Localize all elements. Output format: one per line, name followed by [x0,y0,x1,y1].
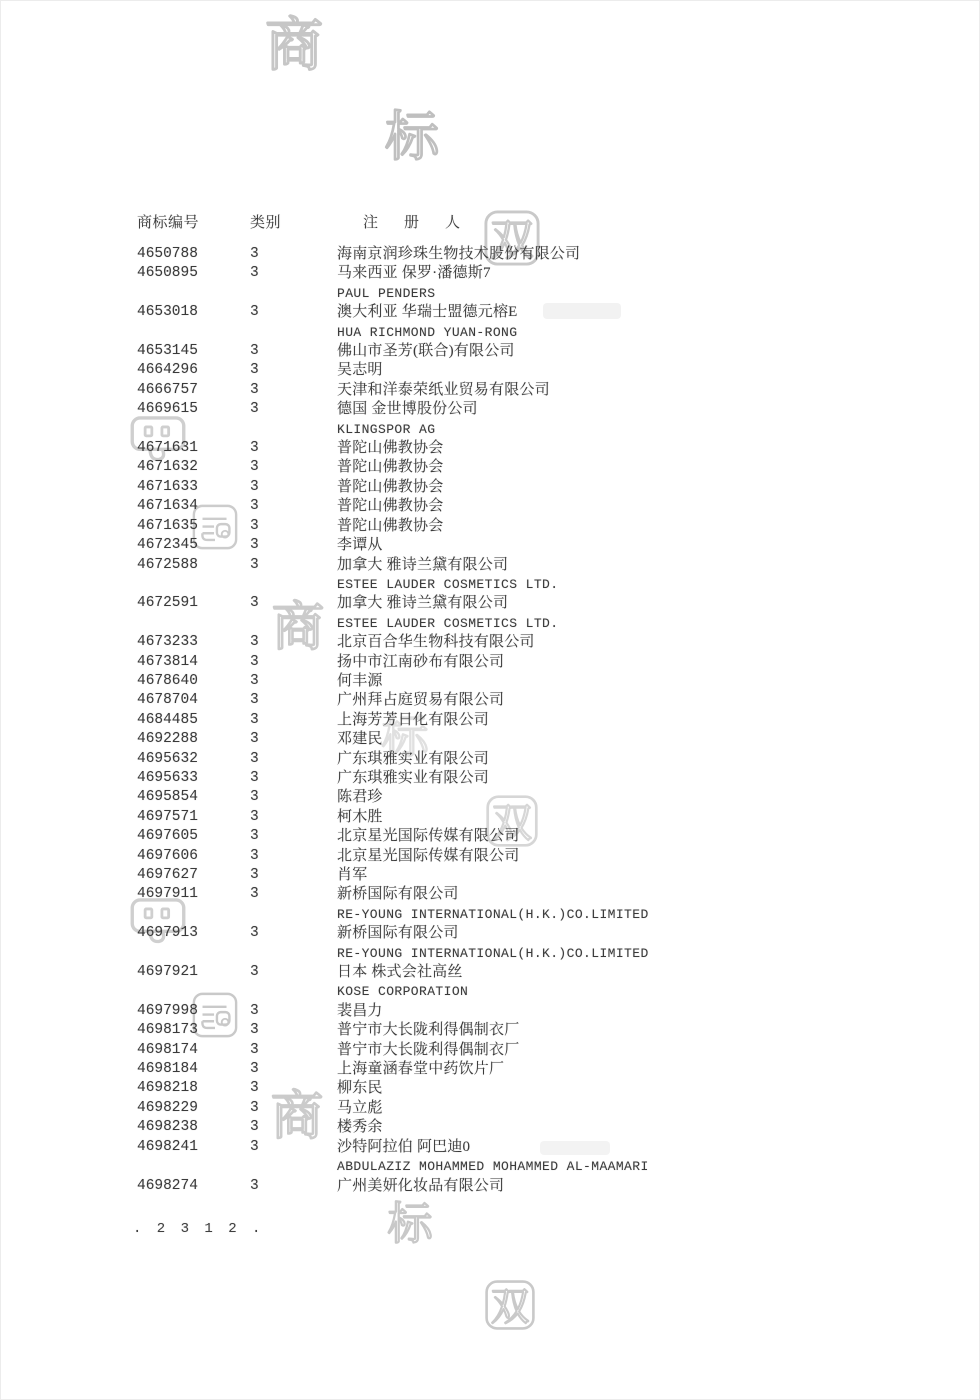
trademark-number: 4669615 [137,400,250,419]
table-row: 4671634 3 普陀山佛教协会 [137,497,960,516]
registrant-name: ABDULAZIZ MOHAMMED MOHAMMED AL-MAAMARI [337,1157,960,1176]
trademark-number: 4666757 [137,381,250,400]
table-row: 4695632 3 广东琪雅实业有限公司 [137,750,960,769]
registrant-name: 日本 株式会社高丝 [337,963,960,982]
class-number: 3 [250,730,337,749]
trademark-number: 4698218 [137,1079,250,1098]
registrant-name: 广东琪雅实业有限公司 [337,769,960,788]
registrant-name: 邓建民 [337,730,960,749]
trademark-number: 4664296 [137,361,250,380]
trademark-number: 4698173 [137,1021,250,1040]
class-number: 3 [250,478,337,497]
trademark-number: 4697911 [137,885,250,904]
registrant-name: PAUL PENDERS [337,284,960,303]
class-number: 3 [250,1079,337,1098]
table-row: 4697627 3 肖军 [137,866,960,885]
page-number: . 2 3 1 2 . [133,1220,263,1238]
registrant-name: 广东琪雅实业有限公司 [337,750,960,769]
trademark-number: 4671632 [137,458,250,477]
table-row: PAUL PENDERS [137,284,960,303]
registrant-name: 普陀山佛教协会 [337,517,960,536]
table-row: 4698184 3 上海童涵春堂中药饮片厂 [137,1060,960,1079]
trademark-number: 4671635 [137,517,250,536]
registrant-name: 李谭从 [337,536,960,555]
class-number: 3 [250,361,337,380]
class-number: 3 [250,711,337,730]
class-number: 3 [250,924,337,943]
table-row: 4697921 3 日本 株式会社高丝 [137,963,960,982]
trademark-number: 4697571 [137,808,250,827]
table-row: 4664296 3 吴志明 [137,361,960,380]
registrant-name: 天津和洋泰荣纸业贸易有限公司 [337,381,960,400]
trademark-number: 4698241 [137,1138,250,1157]
table-row: 4695854 3 陈君珍 [137,788,960,807]
registrant-name: RE-YOUNG INTERNATIONAL(H.K.)CO.LIMITED [337,905,960,924]
registrant-name: 澳大利亚 华瑞士盟德元榕E [337,303,960,322]
registrant-name: 柯木胜 [337,808,960,827]
class-number: 3 [250,303,337,322]
registrant-name: 佛山市圣芳(联合)有限公司 [337,342,960,361]
trademark-number: 4653145 [137,342,250,361]
trademark-number: 4695854 [137,788,250,807]
table-row: KLINGSPOR AG [137,420,960,439]
table-row: 4698173 3 普宁市大长陇利得偶制衣厂 [137,1021,960,1040]
registrant-name: 裴昌力 [337,1002,960,1021]
table-row: 4671633 3 普陀山佛教协会 [137,478,960,497]
table-row: 4692288 3 邓建民 [137,730,960,749]
registration-table-body: 4650788 3 海南京润珍珠生物技术股份有限公司 4650895 3 马来西… [137,245,960,1196]
table-row: 4698229 3 马立彪 [137,1099,960,1118]
table-row: 4695633 3 广东琪雅实业有限公司 [137,769,960,788]
table-row: 4698241 3 沙特阿拉伯 阿巴迪0 [137,1138,960,1157]
trademark-number: 4678704 [137,691,250,710]
table-row: 4671635 3 普陀山佛教协会 [137,517,960,536]
table-row: 4669615 3 德国 金世博股份公司 [137,400,960,419]
trademark-number: 4671631 [137,439,250,458]
trademark-number: 4697921 [137,963,250,982]
trademark-number: 4698229 [137,1099,250,1118]
trademark-number: 4698174 [137,1041,250,1060]
registrant-name: 北京星光国际传媒有限公司 [337,847,960,866]
registrant-name: HUA RICHMOND YUAN-RONG [337,323,960,342]
trademark-number: 4673814 [137,653,250,672]
header-trademark-number: 商标编号 [137,211,250,232]
registrant-name: KLINGSPOR AG [337,420,960,439]
registrant-name: 上海童涵春堂中药饮片厂 [337,1060,960,1079]
class-number: 3 [250,827,337,846]
table-row: 4698218 3 柳东民 [137,1079,960,1098]
table-row: 4698238 3 楼秀余 [137,1118,960,1137]
table-row: 4684485 3 上海芳芳日化有限公司 [137,711,960,730]
registrant-name: 广州美妍化妆品有限公司 [337,1177,960,1196]
table-row: 4678704 3 广州拜占庭贸易有限公司 [137,691,960,710]
trademark-number: 4697605 [137,827,250,846]
trademark-number: 4697606 [137,847,250,866]
table-row: 4697913 3 新桥国际有限公司 [137,924,960,943]
registrant-name: 马立彪 [337,1099,960,1118]
trademark-number: 4671633 [137,478,250,497]
trademark-number: 4673233 [137,633,250,652]
table-row: ESTEE LAUDER COSMETICS LTD. [137,614,960,633]
registrant-name: KOSE CORPORATION [337,982,960,1001]
registrant-name: 普宁市大长陇利得偶制衣厂 [337,1021,960,1040]
registrant-name: 普陀山佛教协会 [337,497,960,516]
table-row: 4698274 3 广州美妍化妆品有限公司 [137,1177,960,1196]
class-number: 3 [250,672,337,691]
class-number: 3 [250,691,337,710]
table-row: RE-YOUNG INTERNATIONAL(H.K.)CO.LIMITED [137,905,960,924]
class-number: 3 [250,963,337,982]
trademark-number: 4698274 [137,1177,250,1196]
trademark-number: 4650895 [137,264,250,283]
table-row: 4650788 3 海南京润珍珠生物技术股份有限公司 [137,245,960,264]
registrant-name: 普陀山佛教协会 [337,478,960,497]
class-number: 3 [250,439,337,458]
table-row: 4653018 3 澳大利亚 华瑞士盟德元榕E [137,303,960,322]
trademark-number: 4695633 [137,769,250,788]
registrant-name: 扬中市江南砂布有限公司 [337,653,960,672]
registrant-name: 肖军 [337,866,960,885]
class-number: 3 [250,264,337,283]
registrant-name: 上海芳芳日化有限公司 [337,711,960,730]
registrant-name: 新桥国际有限公司 [337,924,960,943]
trademark-number: 4671634 [137,497,250,516]
class-number: 3 [250,1021,337,1040]
class-number: 3 [250,536,337,555]
trademark-number: 4672345 [137,536,250,555]
trademark-number: 4697998 [137,1002,250,1021]
table-row: 4697998 3 裴昌力 [137,1002,960,1021]
class-number: 3 [250,458,337,477]
table-row: 4697606 3 北京星光国际传媒有限公司 [137,847,960,866]
trademark-number: 4697913 [137,924,250,943]
class-number: 3 [250,517,337,536]
class-number: 3 [250,594,337,613]
registrant-name: 普宁市大长陇利得偶制衣厂 [337,1041,960,1060]
registrant-name: 沙特阿拉伯 阿巴迪0 [337,1138,960,1157]
trademark-number: 4653018 [137,303,250,322]
table-row: ESTEE LAUDER COSMETICS LTD. [137,575,960,594]
registrant-name: 柳东民 [337,1079,960,1098]
class-number: 3 [250,1060,337,1079]
header-registrant: 注册人 [337,211,950,232]
class-number: 3 [250,750,337,769]
gazette-page: 商标双商标双商标双 商标编号 类别 注册人 4650788 3 海南京润珍珠生物… [0,0,980,1400]
class-number: 3 [250,808,337,827]
trademark-number: 4692288 [137,730,250,749]
table-header-row: 商标编号 类别 注册人 [137,211,950,231]
trademark-number: 4695632 [137,750,250,769]
class-number: 3 [250,653,337,672]
table-row: 4698174 3 普宁市大长陇利得偶制衣厂 [137,1041,960,1060]
registrant-name: RE-YOUNG INTERNATIONAL(H.K.)CO.LIMITED [337,944,960,963]
table-row: 4653145 3 佛山市圣芳(联合)有限公司 [137,342,960,361]
class-number: 3 [250,381,337,400]
class-number: 3 [250,633,337,652]
table-row: RE-YOUNG INTERNATIONAL(H.K.)CO.LIMITED [137,944,960,963]
trademark-number: 4698184 [137,1060,250,1079]
table-row: 4672345 3 李谭从 [137,536,960,555]
registrant-name: 北京百合华生物科技有限公司 [337,633,960,652]
class-number: 3 [250,497,337,516]
trademark-number: 4697627 [137,866,250,885]
registrant-name: 海南京润珍珠生物技术股份有限公司 [337,245,960,264]
trademark-number: 4650788 [137,245,250,264]
class-number: 3 [250,1118,337,1137]
table-row: 4671631 3 普陀山佛教协会 [137,439,960,458]
registrant-name: 广州拜占庭贸易有限公司 [337,691,960,710]
table-row: 4672591 3 加拿大 雅诗兰黛有限公司 [137,594,960,613]
trademark-number: 4672588 [137,556,250,575]
page-content: 商标编号 类别 注册人 4650788 3 海南京润珍珠生物技术股份有限公司 4… [0,0,980,1400]
table-row: 4666757 3 天津和洋泰荣纸业贸易有限公司 [137,381,960,400]
registrant-name: 德国 金世博股份公司 [337,400,960,419]
table-row: 4678640 3 何丰源 [137,672,960,691]
class-number: 3 [250,866,337,885]
class-number: 3 [250,245,337,264]
registrant-name: 加拿大 雅诗兰黛有限公司 [337,594,960,613]
class-number: 3 [250,342,337,361]
class-number: 3 [250,400,337,419]
table-row: ABDULAZIZ MOHAMMED MOHAMMED AL-MAAMARI [137,1157,960,1176]
registrant-name: 北京星光国际传媒有限公司 [337,827,960,846]
table-row: 4650895 3 马来西亚 保罗·潘德斯7 [137,264,960,283]
registrant-name: 新桥国际有限公司 [337,885,960,904]
table-row: 4697605 3 北京星光国际传媒有限公司 [137,827,960,846]
class-number: 3 [250,1138,337,1157]
class-number: 3 [250,788,337,807]
trademark-number: 4678640 [137,672,250,691]
table-row: 4671632 3 普陀山佛教协会 [137,458,960,477]
table-row: HUA RICHMOND YUAN-RONG [137,323,960,342]
registrant-name: 普陀山佛教协会 [337,439,960,458]
registrant-name: ESTEE LAUDER COSMETICS LTD. [337,575,960,594]
table-row: 4697911 3 新桥国际有限公司 [137,885,960,904]
registrant-name: 加拿大 雅诗兰黛有限公司 [337,556,960,575]
table-row: 4673233 3 北京百合华生物科技有限公司 [137,633,960,652]
class-number: 3 [250,556,337,575]
table-row: 4672588 3 加拿大 雅诗兰黛有限公司 [137,556,960,575]
class-number: 3 [250,1002,337,1021]
class-number: 3 [250,885,337,904]
registrant-name: ESTEE LAUDER COSMETICS LTD. [337,614,960,633]
registrant-name: 马来西亚 保罗·潘德斯7 [337,264,960,283]
registrant-name: 何丰源 [337,672,960,691]
class-number: 3 [250,1099,337,1118]
table-row: 4697571 3 柯木胜 [137,808,960,827]
registrant-name: 普陀山佛教协会 [337,458,960,477]
trademark-number: 4672591 [137,594,250,613]
registrant-name: 陈君珍 [337,788,960,807]
class-number: 3 [250,769,337,788]
trademark-number: 4698238 [137,1118,250,1137]
class-number: 3 [250,847,337,866]
header-class: 类别 [250,211,337,232]
class-number: 3 [250,1177,337,1196]
table-row: 4673814 3 扬中市江南砂布有限公司 [137,653,960,672]
registrant-name: 吴志明 [337,361,960,380]
registrant-name: 楼秀余 [337,1118,960,1137]
table-row: KOSE CORPORATION [137,982,960,1001]
trademark-number: 4684485 [137,711,250,730]
class-number: 3 [250,1041,337,1060]
